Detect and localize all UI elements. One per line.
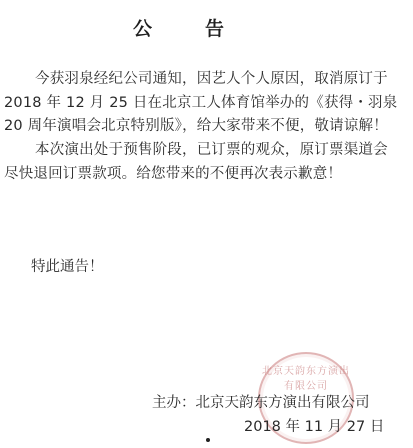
notice-date: 2018 年 11 月 27 日 — [244, 415, 384, 436]
paragraph-2-line-1: 本次演出处于预售阶段，已订票的观众，原订票渠道会 — [4, 139, 409, 163]
seal-text: 北京天韵东方演出有限公司 — [260, 362, 352, 392]
title-char-2: 告 — [205, 14, 224, 41]
paragraph-1-line-2: 2018 年 12 月 25 日在北京工人体育馆举办的《获得・羽泉 — [4, 92, 409, 116]
paragraph-2: 本次演出处于预售阶段，已订票的观众，原订票渠道会 尽快退回订票款项。给您带来的不… — [4, 139, 409, 186]
stray-dot-mark — [206, 438, 210, 442]
notice-title: 公 告 — [0, 14, 413, 44]
paragraph-1-line-1: 今获羽泉经纪公司通知，因艺人个人原因，取消原订于 — [4, 68, 409, 92]
title-char-1: 公 — [133, 14, 152, 41]
paragraph-2-line-2: 尽快退回订票款项。给您带来的不便再次表示歉意！ — [4, 163, 409, 187]
paragraph-1-line-3: 20 周年演唱会北京特别版》，给大家带来不便，敬请谅解！ — [4, 115, 409, 139]
sponsor-line: 主办：北京天韵东方演出有限公司 — [152, 391, 370, 412]
closing-statement: 特此通告！ — [31, 255, 104, 276]
paragraph-1: 今获羽泉经纪公司通知，因艺人个人原因，取消原订于 2018 年 12 月 25 … — [4, 68, 409, 139]
